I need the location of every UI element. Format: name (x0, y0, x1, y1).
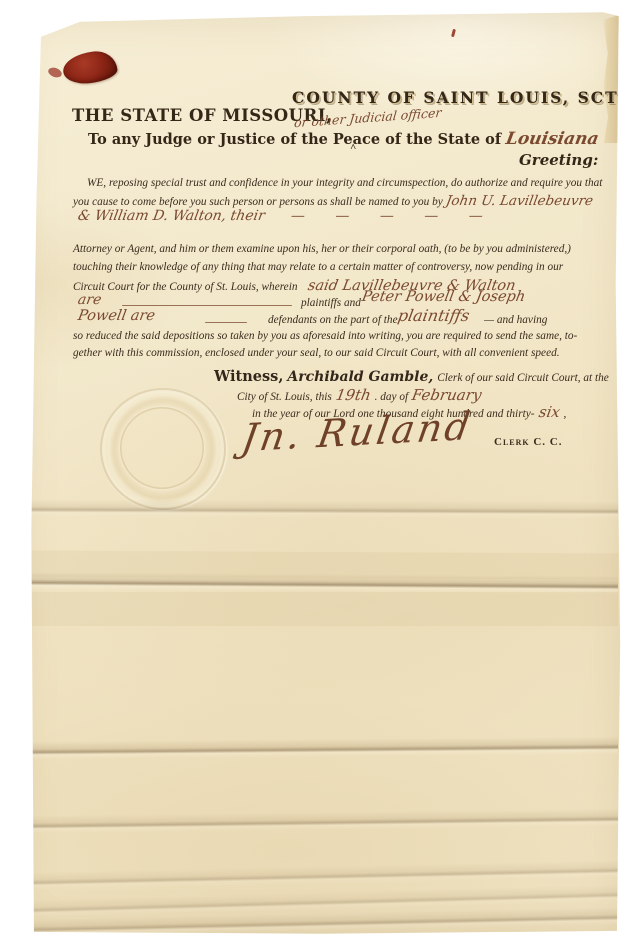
greeting-label: Greeting: (519, 151, 598, 169)
fold-crease (30, 572, 618, 594)
fold-crease (30, 884, 618, 917)
and-having-text: — and having (484, 313, 547, 327)
body-paragraph2-line2: touching their knowledge of any thing th… (73, 260, 563, 274)
body-paragraph1-line3: & William D. Walton, their — — — — — (78, 207, 483, 225)
witness-word: Witness, (214, 368, 283, 385)
wax-smudge-icon (47, 66, 63, 79)
fold-crease (30, 499, 618, 519)
pen-rule-short (205, 322, 247, 323)
witness-line3-punct: , (563, 408, 566, 420)
clerk-name: Archibald Gamble, (287, 369, 433, 385)
pen-rule-long (122, 305, 292, 306)
fold-shadow-band (30, 550, 618, 579)
body-paragraph2-line7: gether with this commission, enclosed un… (73, 346, 560, 360)
fold-shadow-band (30, 592, 618, 626)
defendants-label: defendants on the part of the (268, 313, 398, 327)
handwritten-name-2: & William D. Walton, their (77, 208, 267, 224)
body-paragraph2-line1: Attorney or Agent, and him or them exami… (73, 242, 571, 256)
paper-sheet: COUNTY OF SAINT LOUIS, SCT. THE STATE OF… (0, 0, 640, 947)
caret-mark: ^ (350, 142, 356, 154)
pen-dashes: — — — — — (289, 208, 484, 224)
red-wax-seal-icon (62, 49, 119, 85)
handwritten-are: are (77, 292, 103, 308)
witness-line1-rest: Clerk of our said Circuit Court, at the (437, 372, 609, 384)
fold-crease (30, 907, 618, 937)
handwritten-year: six (537, 403, 561, 421)
fold-crease (30, 860, 618, 890)
scanned-document: COUNTY OF SAINT LOUIS, SCT. THE STATE OF… (0, 0, 640, 947)
salutation-suffix: of the State of (385, 131, 501, 148)
salutation-line: To any Judge or Justice of the Peace of … (88, 129, 599, 149)
paragraph2-line3-printed: Circuit Court for the County of St. Loui… (73, 281, 297, 293)
plaintiffs-label: plaintiffs and (301, 296, 361, 310)
handwritten-day: 19th (334, 386, 372, 404)
handwritten-state-name: Louisiana (504, 129, 600, 149)
clerk-title-label: Clerk C. C. (494, 436, 563, 448)
torn-right-edge (601, 15, 618, 143)
handwritten-defendant-names-2: Powell are (77, 308, 157, 324)
witness-line2-middle: . day of (375, 391, 409, 403)
handwritten-month: February (411, 386, 484, 404)
handwritten-defendant-names-1: Peter Powell & Joseph (361, 289, 527, 305)
handwritten-party-word: plaintiffs (396, 306, 471, 325)
county-heading: COUNTY OF SAINT LOUIS, SCT. (292, 88, 616, 107)
embossed-court-seal-icon (100, 388, 226, 510)
salutation-prefix: To any Judge or Justice of the Peace (88, 131, 380, 148)
fold-crease (30, 808, 618, 833)
body-paragraph2-line6: so reduced the said depositions so taken… (73, 329, 577, 343)
ink-speck (451, 29, 456, 37)
fold-crease (30, 736, 618, 759)
witness-line1: Witness, Archibald Gamble, Clerk of our … (214, 368, 609, 386)
body-paragraph1-line1: WE, reposing special trust and confidenc… (87, 176, 602, 190)
witness-line2-prefix: City of St. Louis, this (237, 391, 332, 403)
